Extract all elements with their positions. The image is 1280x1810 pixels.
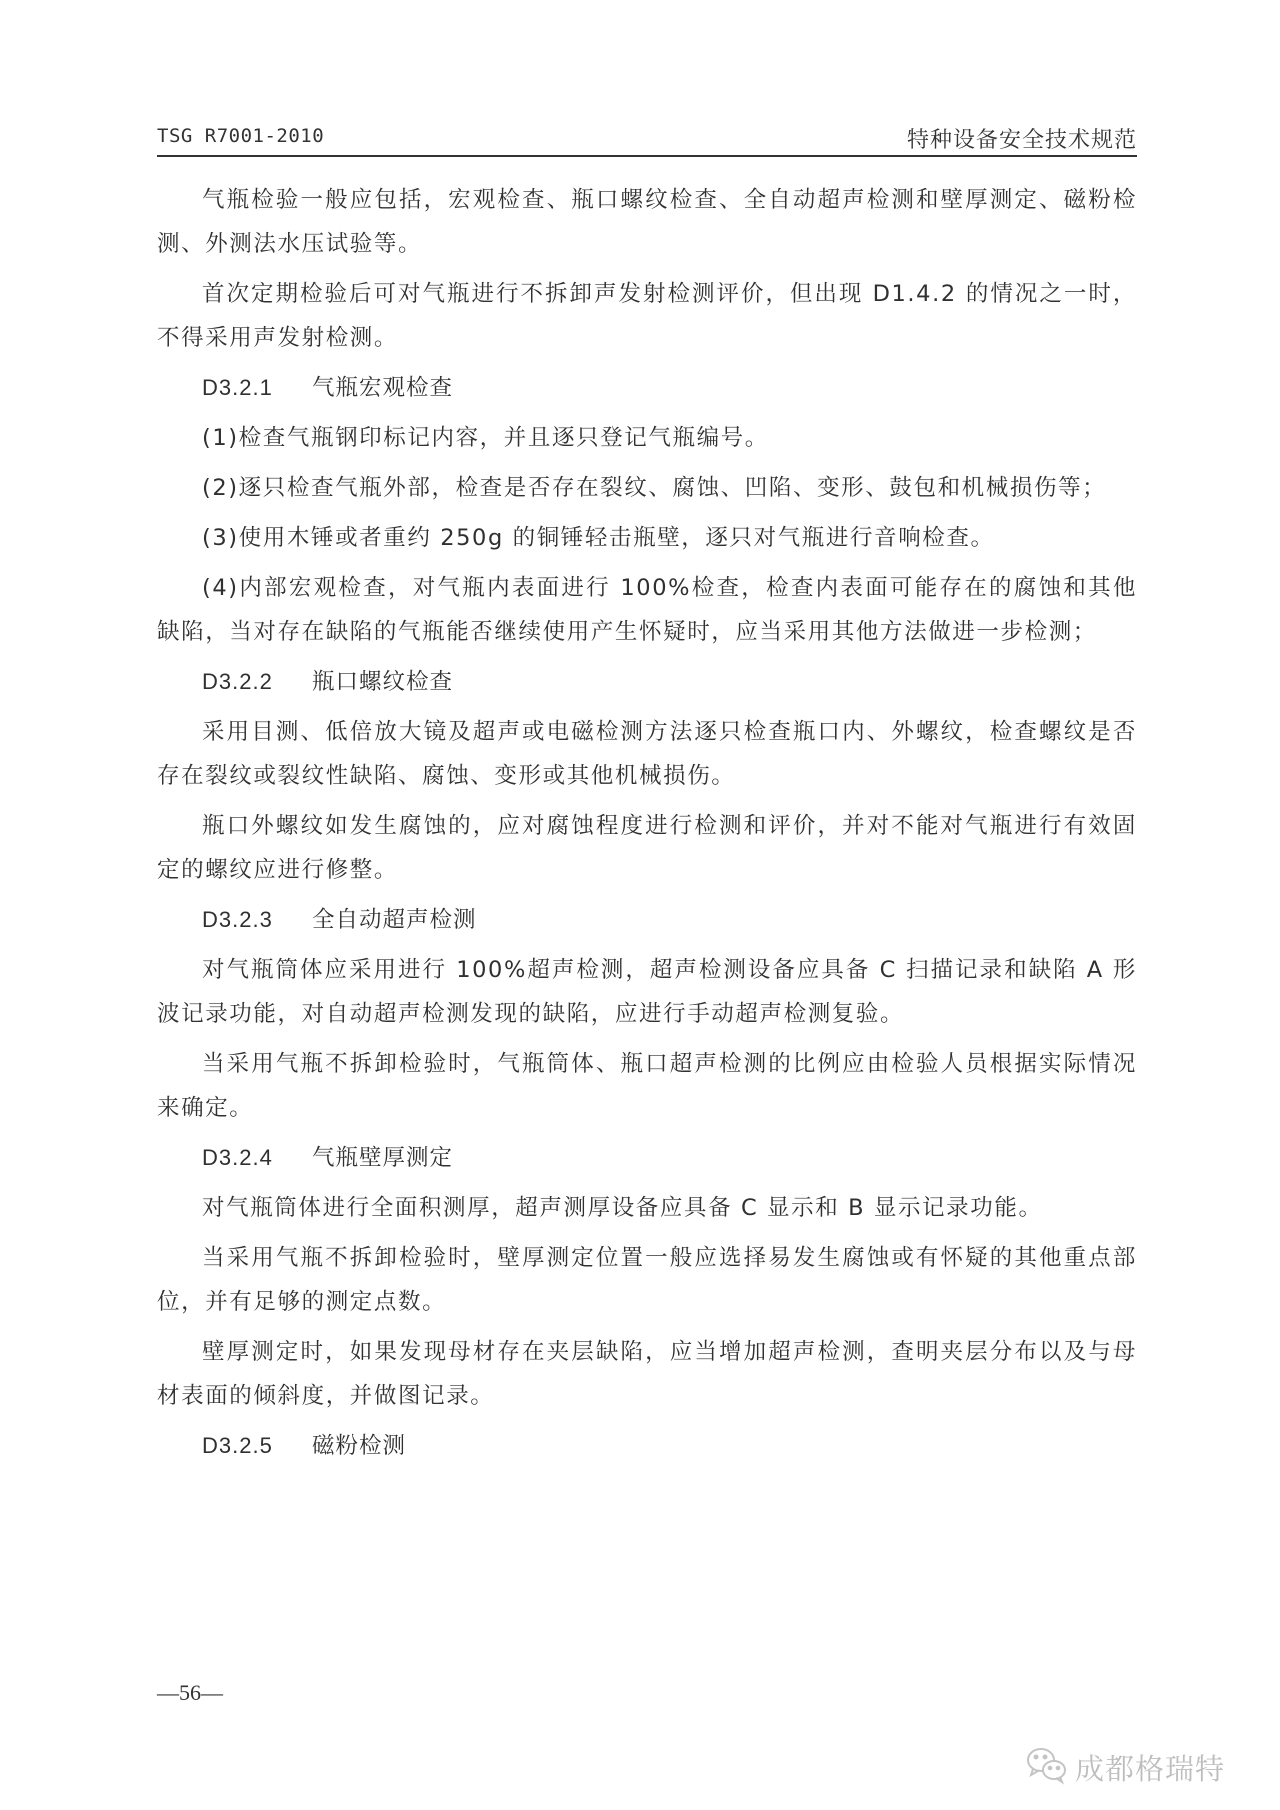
- paragraph: 对气瓶筒体进行全面积测厚，超声测厚设备应具备 C 显示和 B 显示记录功能。: [157, 1186, 1137, 1230]
- section-title: 磁粉检测: [312, 1433, 406, 1459]
- paragraph: 首次定期检验后可对气瓶进行不拆卸声发射检测评价，但出现 D1.4.2 的情况之一…: [157, 272, 1137, 360]
- paragraph: 采用目测、低倍放大镜及超声或电磁检测方法逐只检查瓶口内、外螺纹，检查螺纹是否存在…: [157, 710, 1137, 798]
- paragraph: 壁厚测定时，如果发现母材存在夹层缺陷，应当增加超声检测，查明夹层分布以及与母材表…: [157, 1330, 1137, 1418]
- list-item: (1)检查气瓶钢印标记内容，并且逐只登记气瓶编号。: [157, 416, 1137, 460]
- paragraph: 瓶口外螺纹如发生腐蚀的，应对腐蚀程度进行检测和评价，并对不能对气瓶进行有效固定的…: [157, 804, 1137, 892]
- paragraph: 当采用气瓶不拆卸检验时，壁厚测定位置一般应选择易发生腐蚀或有怀疑的其他重点部位，…: [157, 1236, 1137, 1324]
- list-item: (2)逐只检查气瓶外部，检查是否存在裂纹、腐蚀、凹陷、变形、鼓包和机械损伤等；: [157, 466, 1137, 510]
- section-heading: D3.2.2瓶口螺纹检查: [157, 660, 1137, 704]
- section-number: D3.2.1: [202, 366, 312, 410]
- section-number: D3.2.4: [202, 1136, 312, 1180]
- section-heading: D3.2.1气瓶宏观检查: [157, 366, 1137, 410]
- paragraph: 对气瓶筒体应采用进行 100%超声检测，超声检测设备应具备 C 扫描记录和缺陷 …: [157, 948, 1137, 1036]
- page-number: —56—: [157, 1680, 223, 1706]
- page-header: TSG R7001-2010 特种设备安全技术规范: [157, 121, 1137, 157]
- standard-code: TSG R7001-2010: [157, 125, 324, 147]
- section-title: 全自动超声检测: [312, 907, 477, 933]
- paragraph: 气瓶检验一般应包括，宏观检查、瓶口螺纹检查、全自动超声检测和壁厚测定、磁粉检测、…: [157, 178, 1137, 266]
- watermark-text: 成都格瑞特: [1075, 1747, 1225, 1788]
- list-item: (4)内部宏观检查，对气瓶内表面进行 100%检查，检查内表面可能存在的腐蚀和其…: [157, 566, 1137, 654]
- section-number: D3.2.3: [202, 898, 312, 942]
- section-heading: D3.2.3全自动超声检测: [157, 898, 1137, 942]
- section-heading: D3.2.4气瓶壁厚测定: [157, 1136, 1137, 1180]
- wechat-icon: [1025, 1745, 1069, 1789]
- section-title: 气瓶壁厚测定: [312, 1145, 453, 1171]
- watermark: 成都格瑞特: [1025, 1745, 1225, 1789]
- series-title: 特种设备安全技术规范: [907, 123, 1137, 154]
- list-item: (3)使用木锤或者重约 250g 的铜锤轻击瓶壁，逐只对气瓶进行音响检查。: [157, 516, 1137, 560]
- section-heading: D3.2.5磁粉检测: [157, 1424, 1137, 1468]
- section-title: 瓶口螺纹检查: [312, 669, 453, 695]
- paragraph: 当采用气瓶不拆卸检验时，气瓶筒体、瓶口超声检测的比例应由检验人员根据实际情况来确…: [157, 1042, 1137, 1130]
- section-number: D3.2.2: [202, 660, 312, 704]
- document-page: TSG R7001-2010 特种设备安全技术规范 气瓶检验一般应包括，宏观检查…: [0, 0, 1280, 1810]
- document-body: 气瓶检验一般应包括，宏观检查、瓶口螺纹检查、全自动超声检测和壁厚测定、磁粉检测、…: [157, 178, 1137, 1474]
- section-title: 气瓶宏观检查: [312, 375, 453, 401]
- section-number: D3.2.5: [202, 1424, 312, 1468]
